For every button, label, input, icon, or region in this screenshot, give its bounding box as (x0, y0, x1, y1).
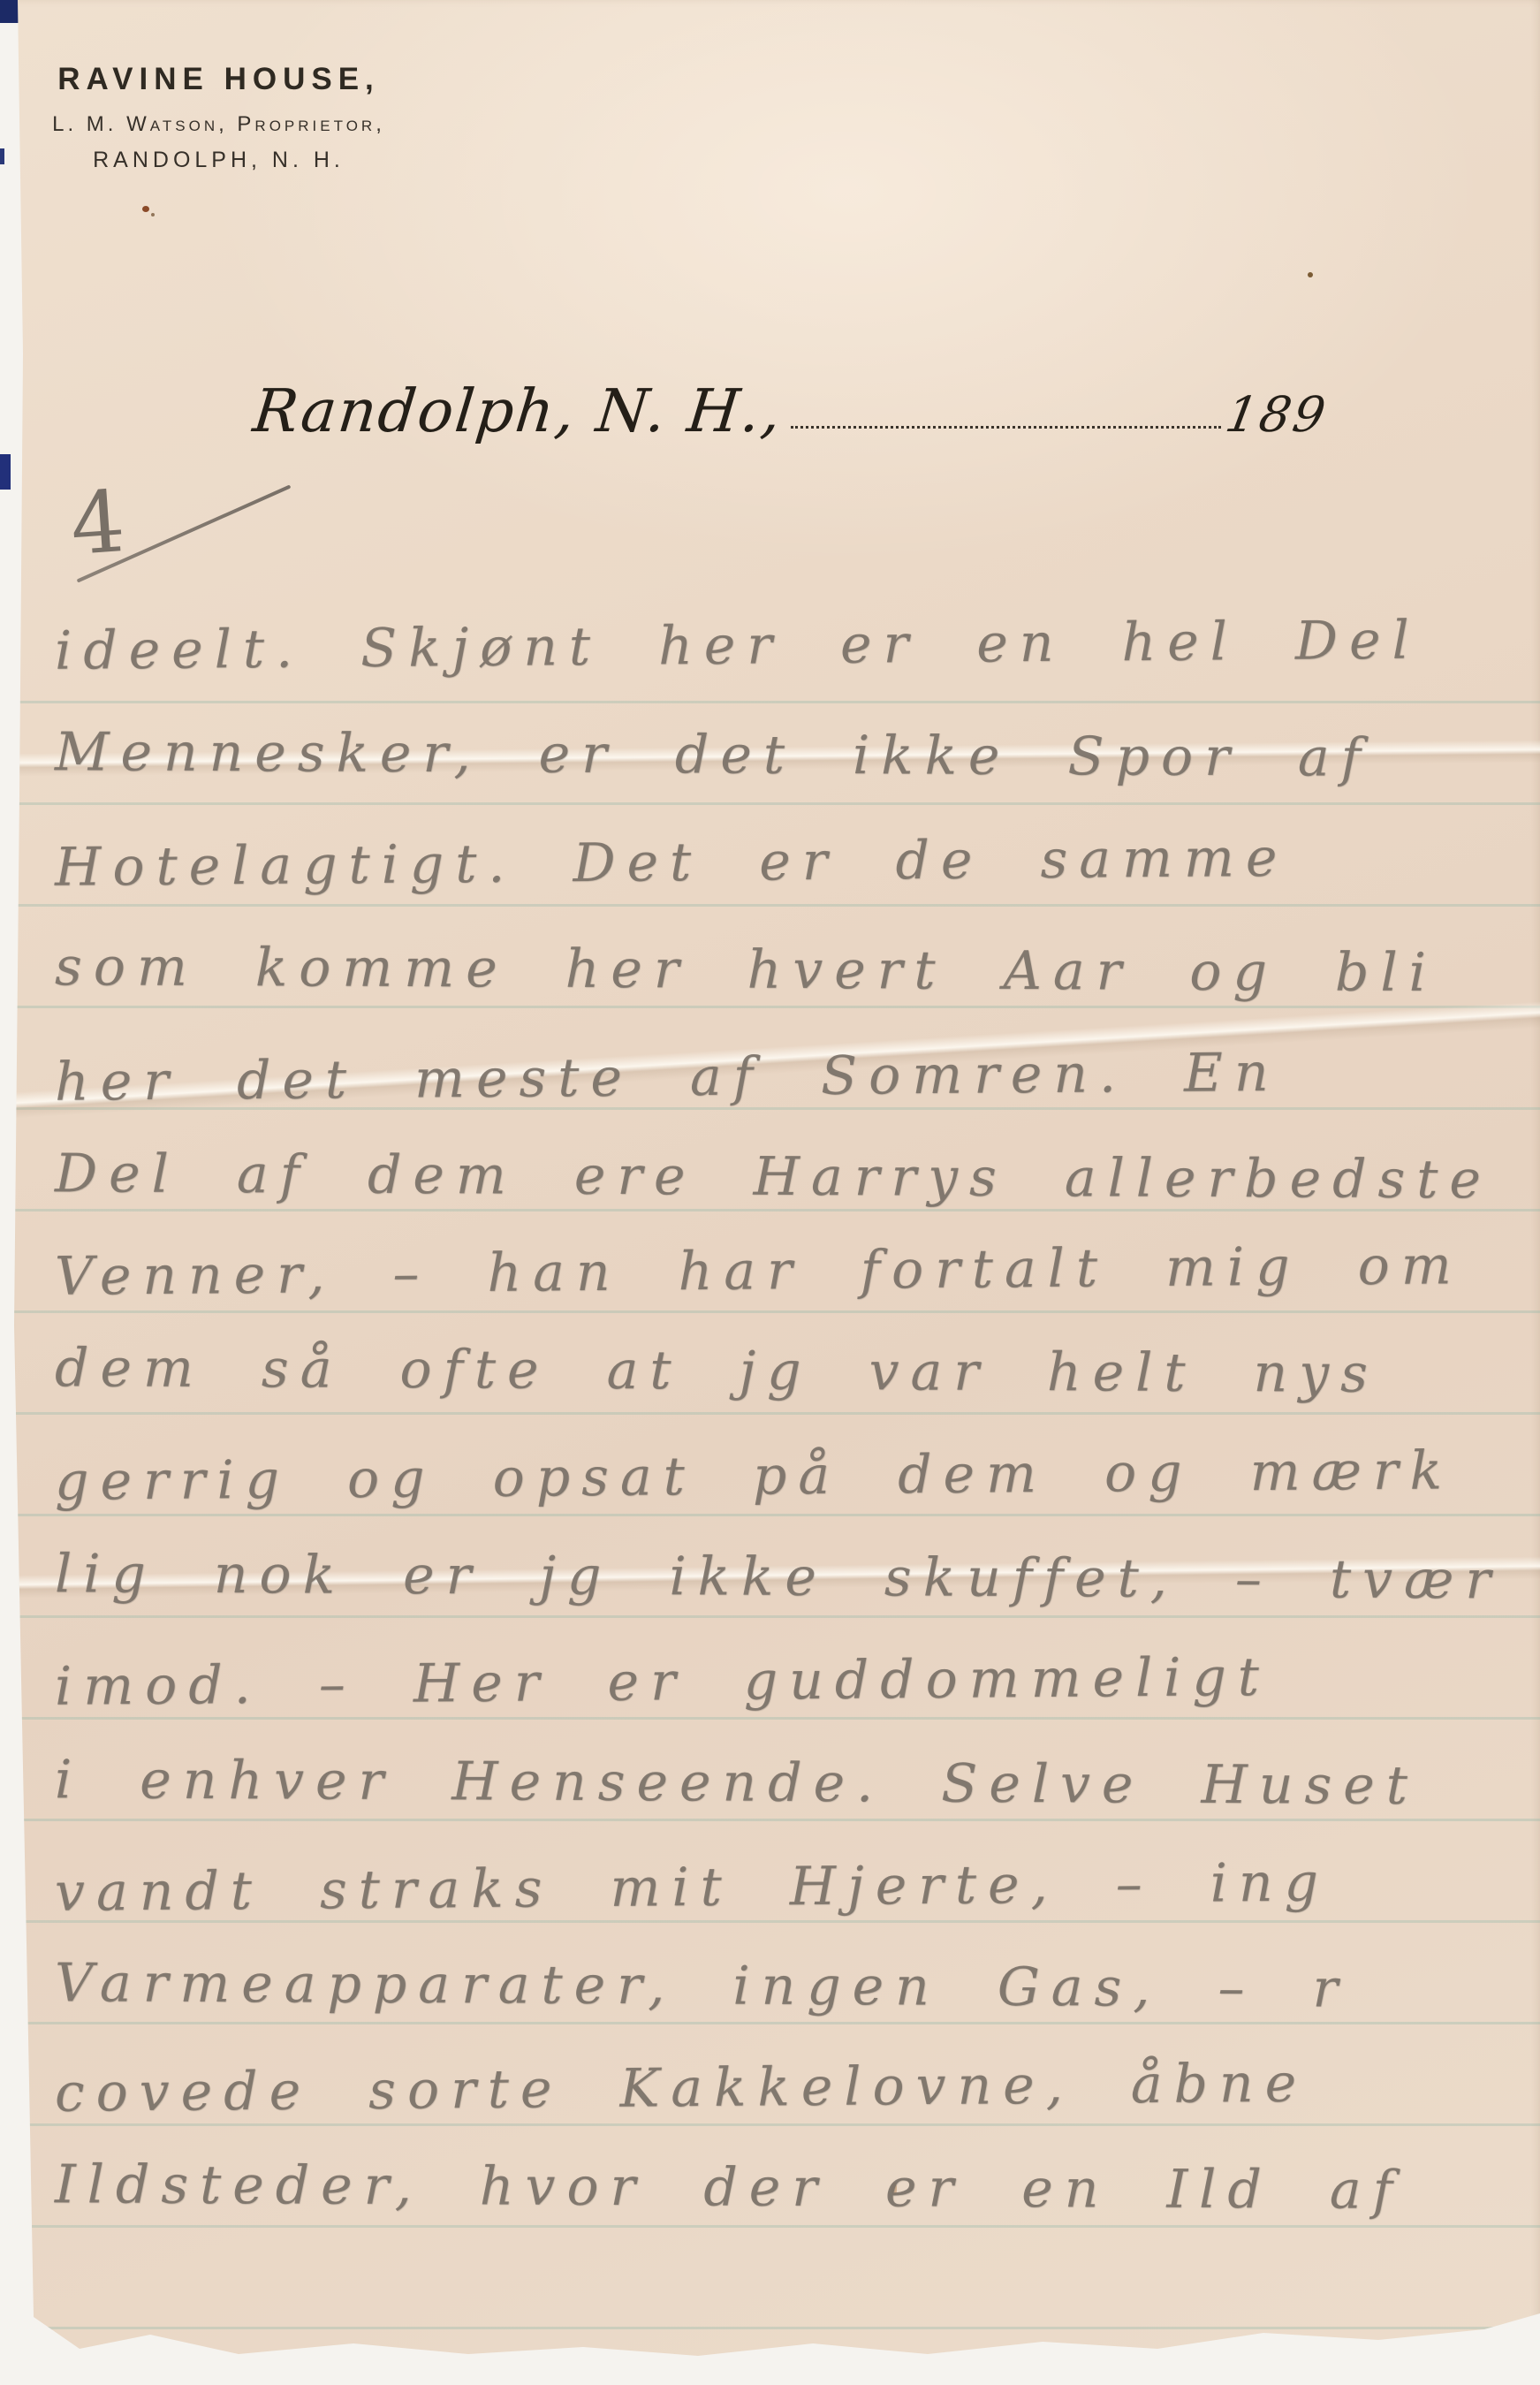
handwritten-line: Venner, – han har fortalt mig om (55, 1238, 1540, 1303)
handwritten-line: som komme her hvert Aar og bli (55, 940, 1540, 1000)
handwritten-line: i enhver Henseende. Selve Huset (55, 1753, 1540, 1813)
handwritten-line: vandt straks mit Hjerte, – ing (55, 1854, 1540, 1919)
handwritten-line: Ildsteder, hvor der er en Ild af (55, 2158, 1540, 2218)
dateline-place: Randolph, N. H., (250, 382, 785, 441)
dateline-year-prefix: 189 (1222, 391, 1331, 439)
handwritten-line: lig nok er jg ikke skuffet, – tvær (55, 1547, 1540, 1607)
handwritten-line: Mennesker, er det ikke Spor af (55, 725, 1540, 786)
page-number: 4 (67, 472, 128, 574)
handwritten-line: gerrig og opsat på dem og mærk (55, 1443, 1540, 1508)
proprietor-line: L. M. Watson, Proprietor, (22, 112, 415, 137)
handwritten-line: Varmeapparater, ingen Gas, – r (55, 1956, 1540, 2017)
dateline: Randolph, N. H., 189 (254, 382, 1327, 441)
handwritten-line: ideelt. Skjønt her er en hel Del (55, 612, 1540, 678)
location-line: RANDOLPH, N. H. (22, 148, 415, 173)
scan-edge-strip (0, 148, 4, 164)
hotel-name: RAVINE HOUSE, (22, 62, 415, 97)
handwritten-line: Del af dem ere Harrys allerbedste (55, 1147, 1540, 1207)
scanned-letter-page-4: RAVINE HOUSE, L. M. Watson, Proprietor, … (0, 0, 1540, 2385)
dateline-dotted-rule (791, 425, 1221, 429)
paper-stain (1308, 272, 1313, 277)
paper-stain (151, 213, 155, 216)
letter-page: RAVINE HOUSE, L. M. Watson, Proprietor, … (0, 0, 1540, 2385)
handwritten-line: dem så ofte at jg var helt nys (55, 1341, 1540, 1401)
paper-stain (142, 206, 149, 212)
letterhead: RAVINE HOUSE, L. M. Watson, Proprietor, … (22, 62, 415, 173)
scan-edge-strip (0, 454, 11, 490)
